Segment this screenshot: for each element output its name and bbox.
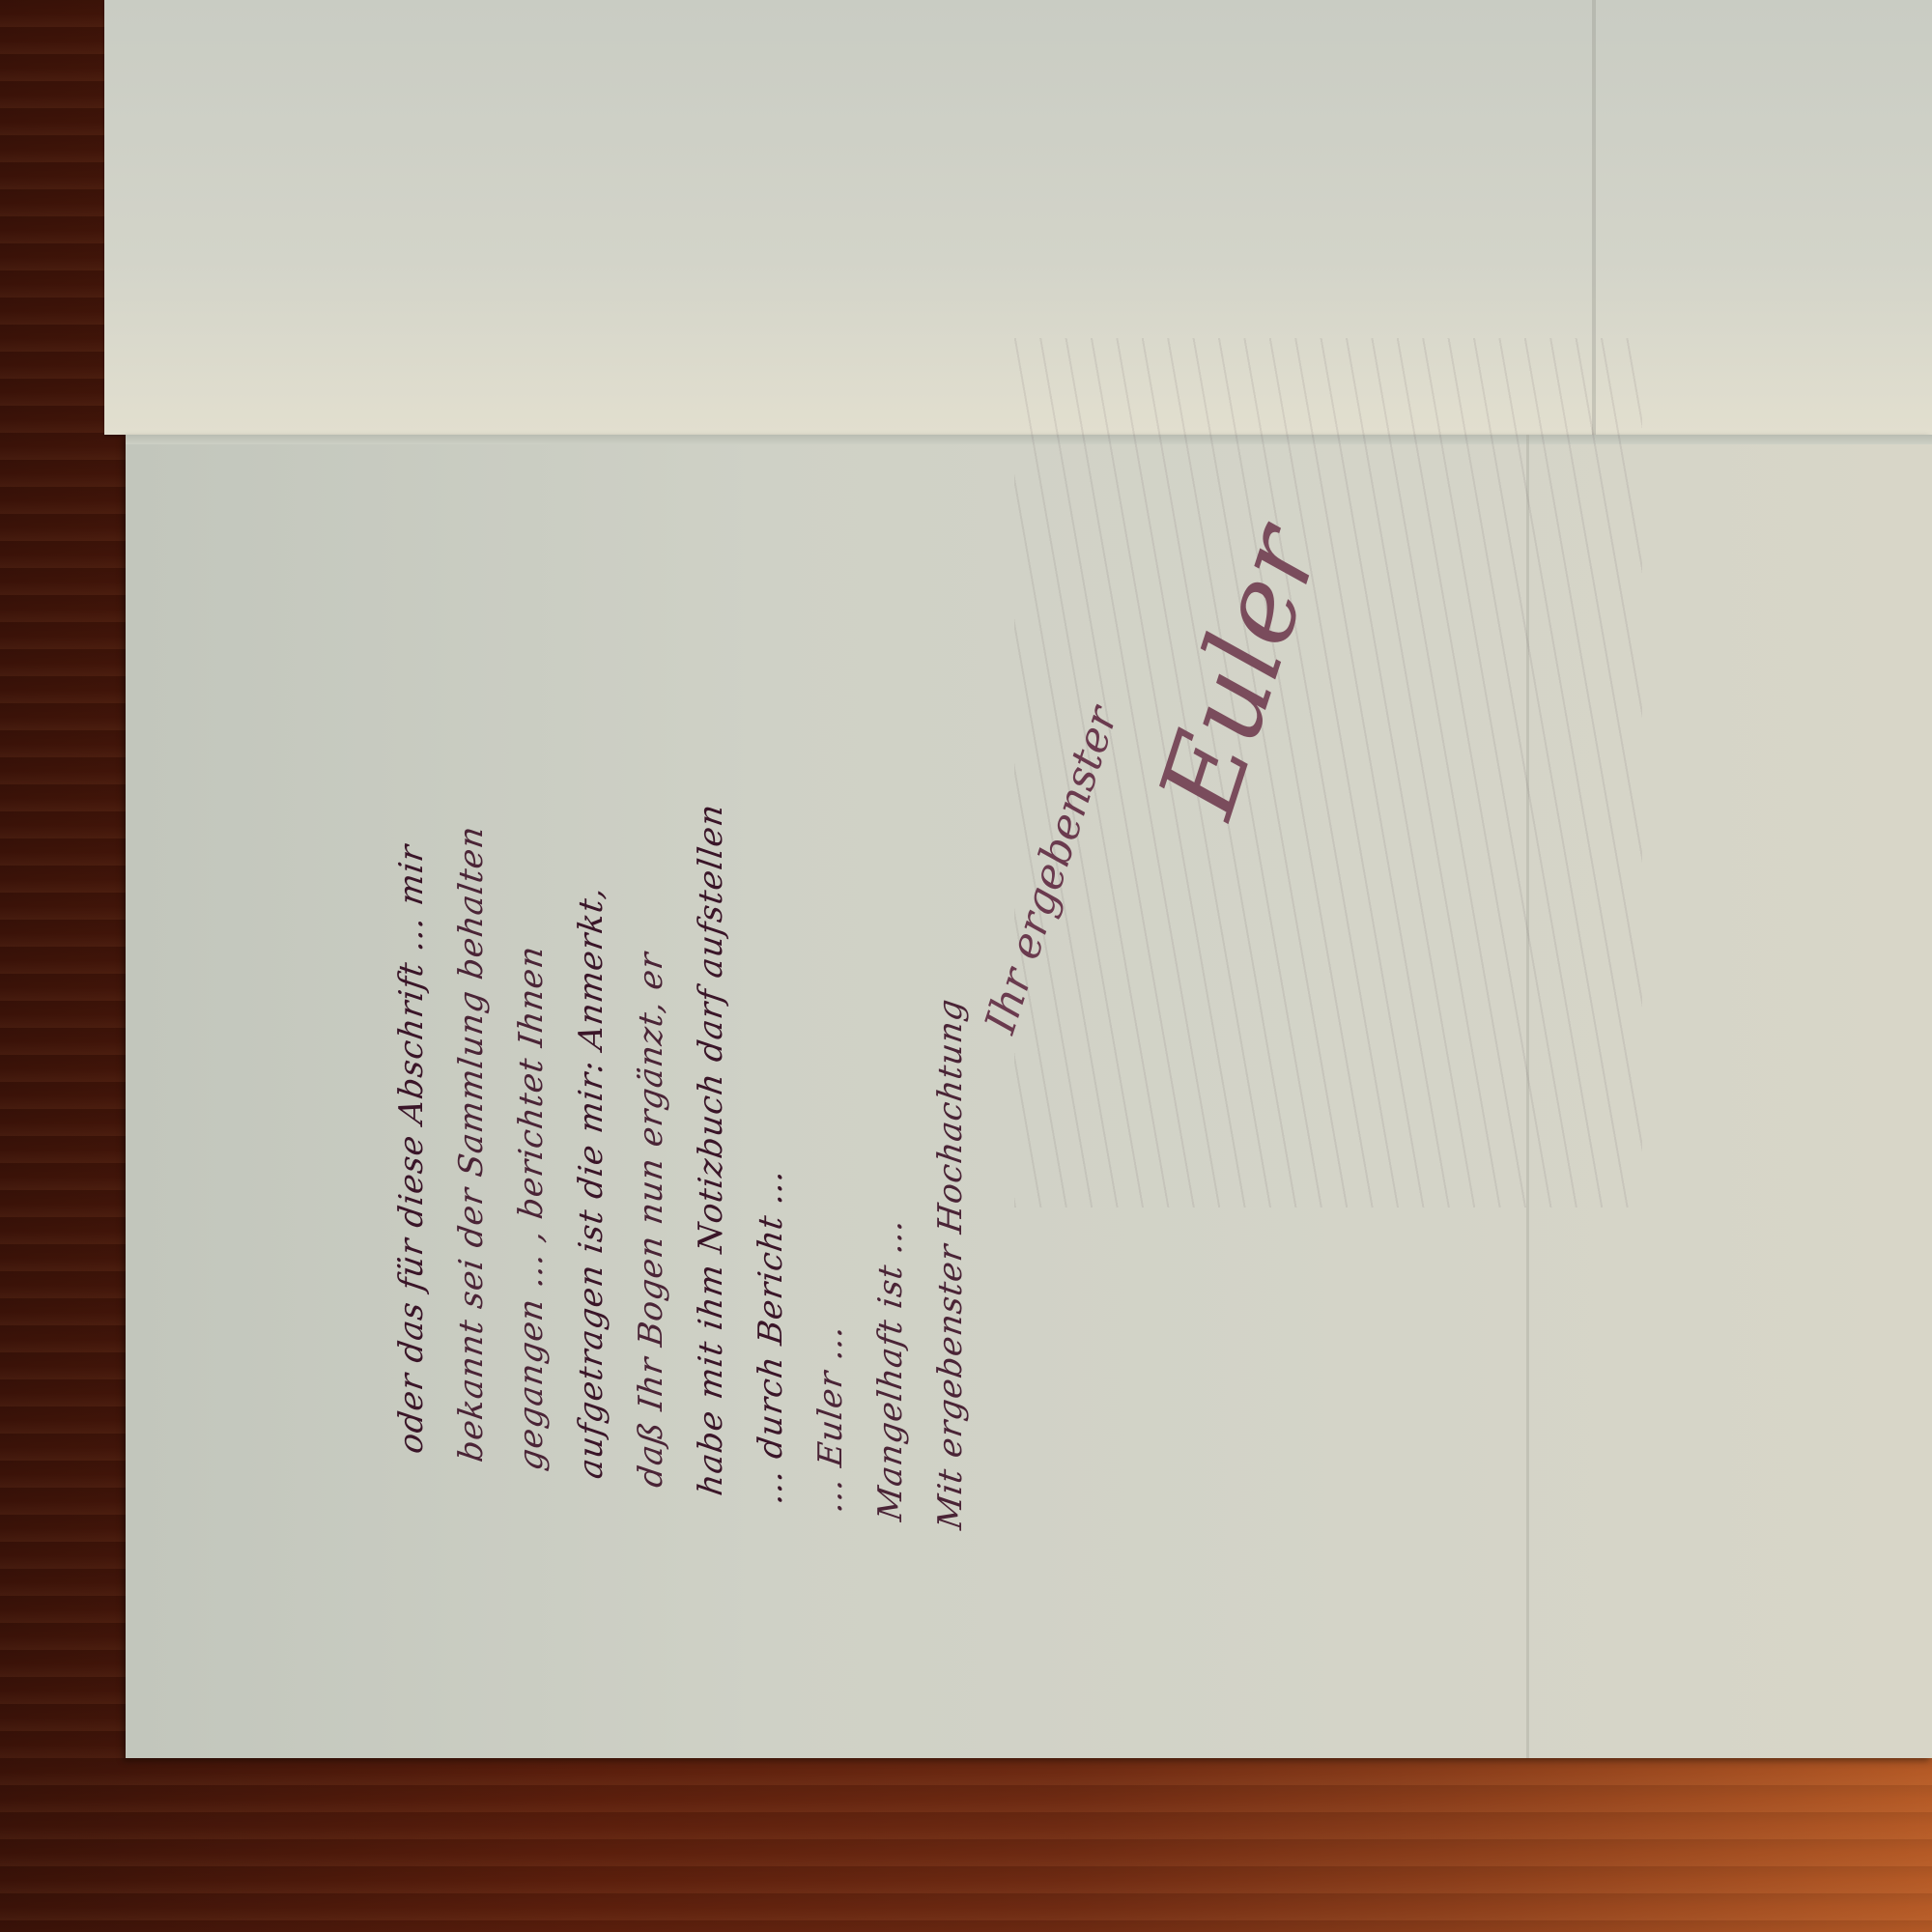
letter-line: habe mit ihm Notizbuch darf aufstellen xyxy=(681,526,741,1500)
letter-line: ... Euler ... xyxy=(801,542,861,1517)
letter-line: ... durch Bericht ... xyxy=(741,533,801,1508)
letter-line: Mit ergebenster Hochachtung xyxy=(921,558,980,1533)
letter-line: gegangen ... , berichtet Ihnen xyxy=(501,499,561,1474)
letter-line: aufgetragen ist die mir: Anmerkt, xyxy=(561,508,621,1483)
letter-line: oder das für diese Abschrift ... mir xyxy=(382,483,441,1458)
letter-line: Mangelhaft ist ... xyxy=(861,551,921,1525)
letter-line: daß Ihr Bogen nun ergänzt, er xyxy=(621,517,681,1492)
letter-line: bekannt sei der Sammlung behalten xyxy=(441,492,501,1466)
letter-body: oder das für diese Abschrift ... mir bek… xyxy=(382,483,923,1525)
